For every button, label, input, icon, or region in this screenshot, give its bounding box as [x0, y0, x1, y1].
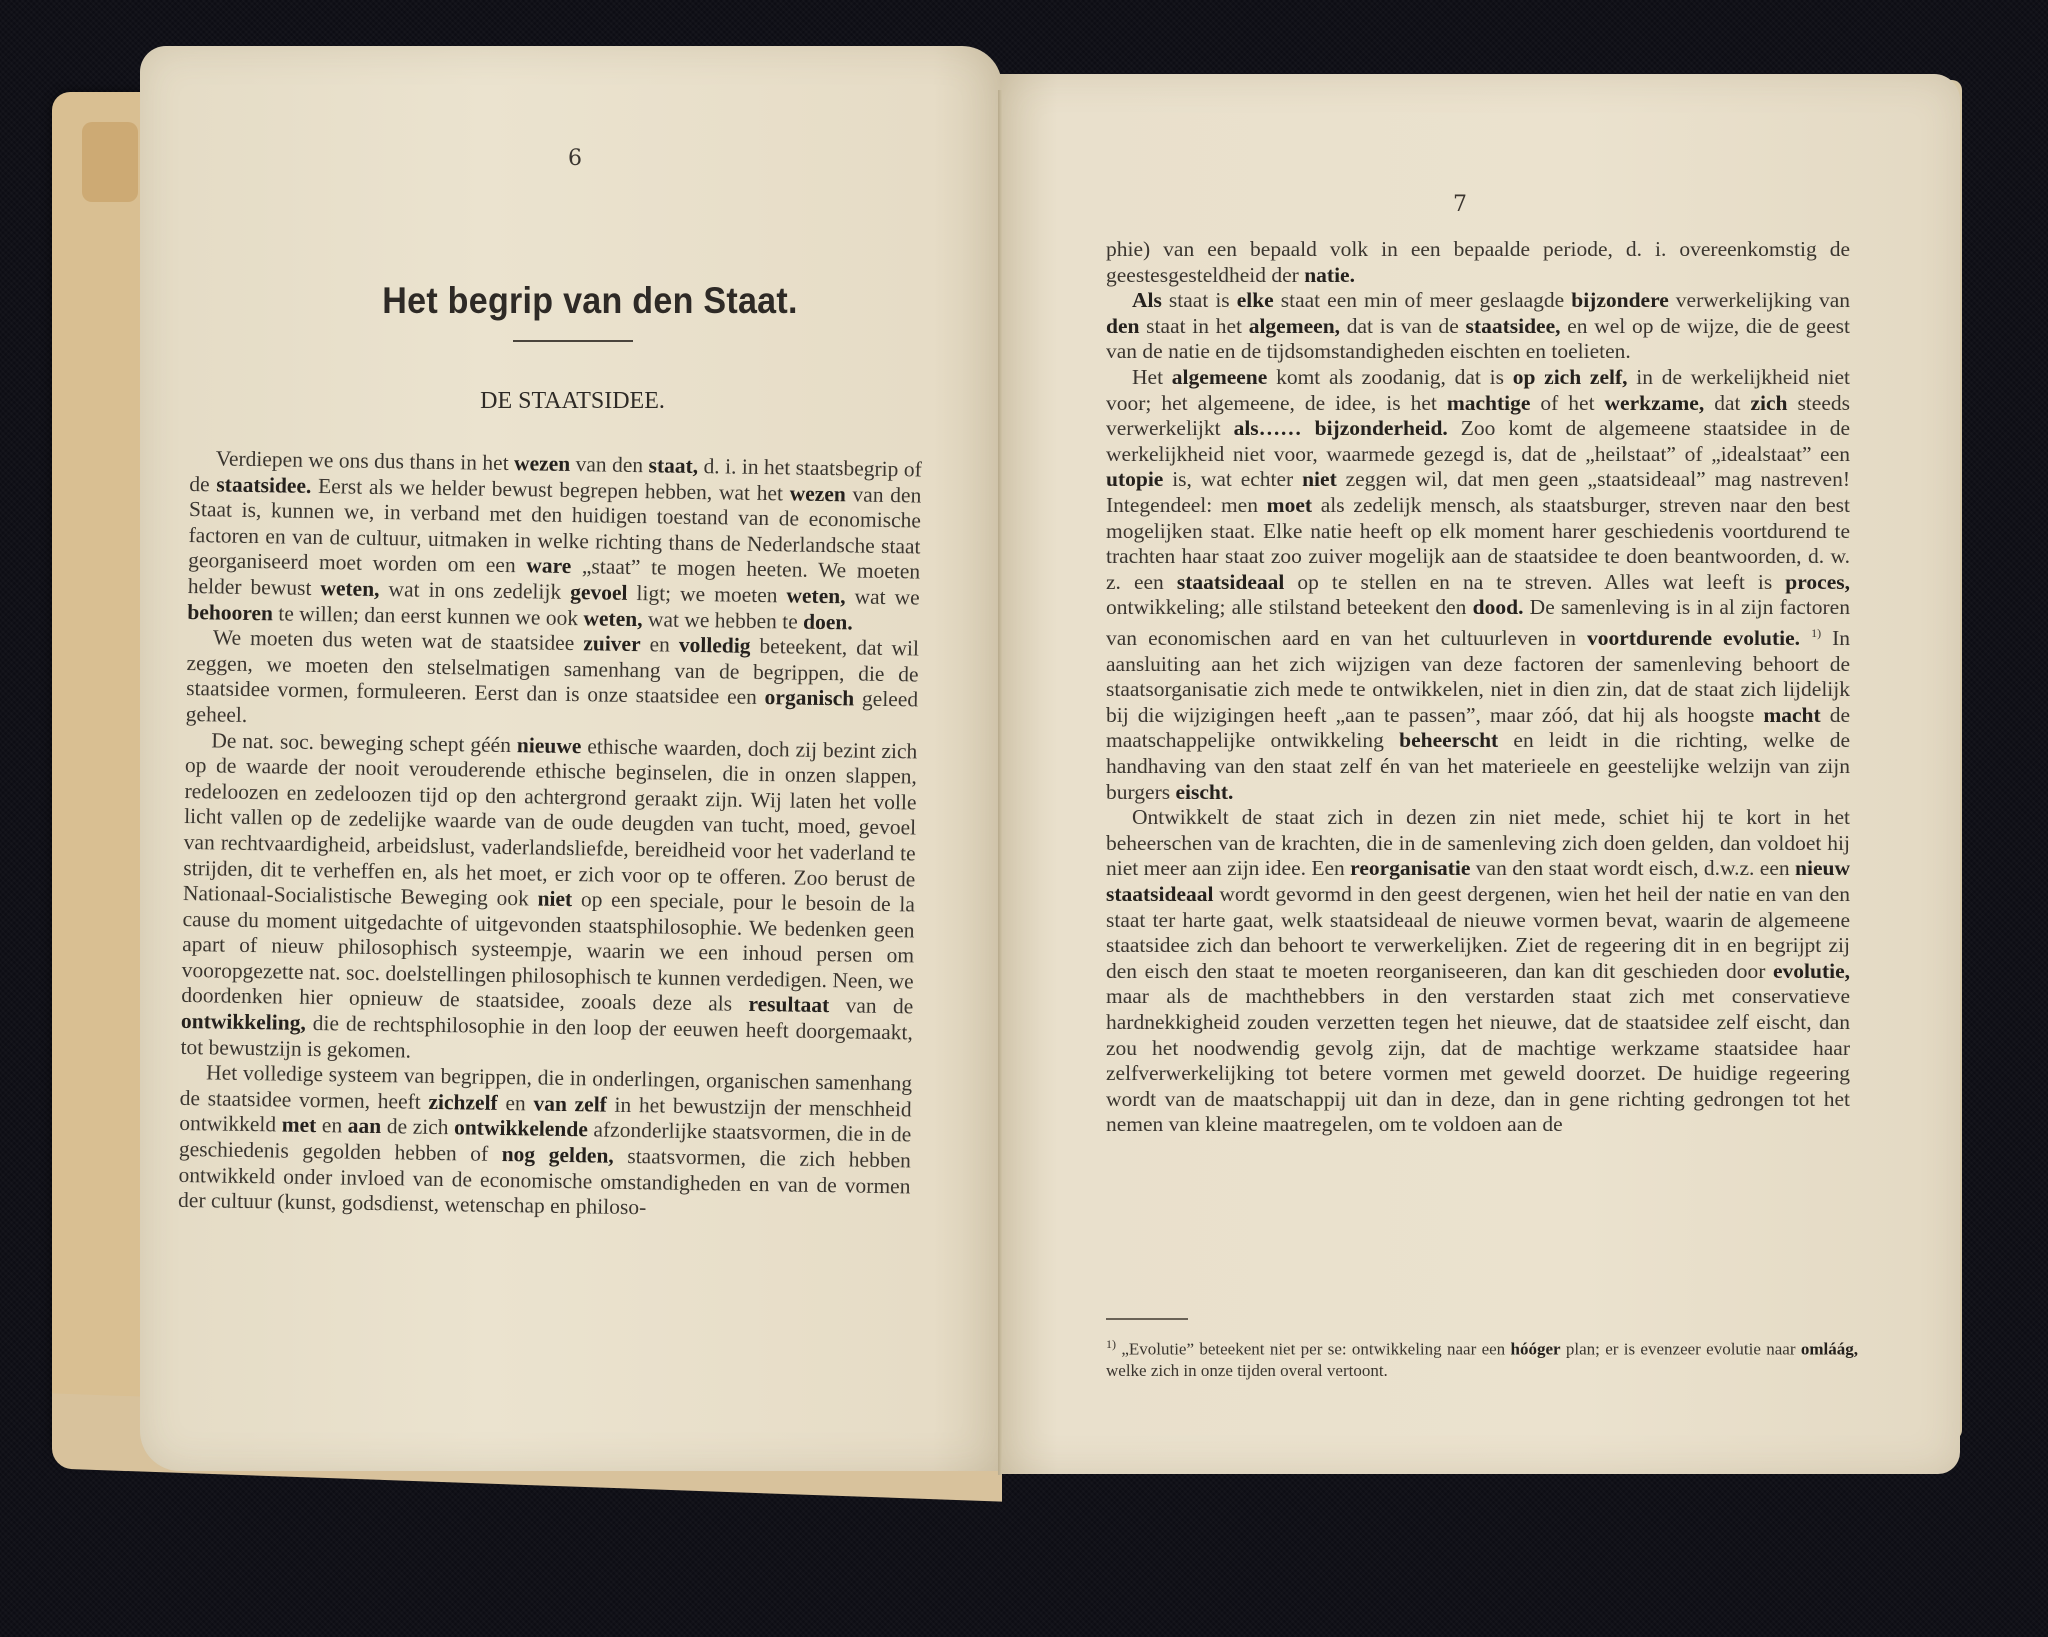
- emphasis-text: op zich zelf,: [1513, 365, 1628, 389]
- text-run: Het: [1132, 365, 1172, 389]
- emphasis-text: hóóger: [1511, 1340, 1561, 1359]
- left-page-body: Verdiepen we ons dus thans in het wezen …: [178, 446, 922, 1225]
- text-run: ligt; we moeten: [627, 581, 786, 607]
- text-run: van de: [829, 994, 913, 1019]
- text-run: dat: [1704, 391, 1750, 415]
- text-run: phie) van een bepaald volk in een bepaal…: [1106, 237, 1850, 287]
- text-run: [1800, 626, 1811, 650]
- emphasis-text: weten,: [583, 606, 642, 631]
- emphasis-text: behooren: [187, 600, 273, 625]
- book-gutter: [998, 90, 1002, 1475]
- emphasis-text: Als: [1132, 288, 1162, 312]
- emphasis-text: natie.: [1304, 263, 1355, 287]
- emphasis-text: nieuwe: [517, 733, 582, 758]
- right-page-body: phie) van een bepaald volk in een bepaal…: [1106, 237, 1850, 1138]
- paragraph: We moeten dus weten wat de staatsidee zu…: [186, 625, 920, 739]
- emphasis-text: staatsideaal: [1177, 570, 1285, 594]
- emphasis-text: doen.: [803, 609, 853, 634]
- cover-stain: [82, 122, 138, 202]
- text-run: de zich: [381, 1115, 454, 1140]
- text-run: op te stellen en na te streven. Alles wa…: [1284, 570, 1785, 594]
- text-run: ethische waarden, doch zij bezint zich o…: [183, 734, 918, 911]
- emphasis-text: met: [281, 1113, 316, 1138]
- text-run: en: [498, 1091, 534, 1116]
- footnote-marker: 1): [1106, 1337, 1116, 1351]
- emphasis-text: macht: [1763, 703, 1820, 727]
- emphasis-text: staatsidee.: [216, 472, 311, 497]
- footnote-marker: 1): [1811, 626, 1821, 640]
- text-run: wordt gevormd in den geest dergenen, wie…: [1106, 882, 1850, 983]
- emphasis-text: volledig: [679, 633, 751, 658]
- paragraph: De nat. soc. beweging schept géén nieuwe…: [180, 727, 917, 1071]
- emphasis-text: voortdurende evolutie.: [1587, 626, 1800, 650]
- emphasis-text: aan: [348, 1114, 382, 1139]
- text-run: wat we: [845, 584, 919, 609]
- text-run: wat we hebben te: [642, 607, 803, 634]
- footnote: 1) „Evolutie” beteekent niet per se: ont…: [1106, 1334, 1858, 1381]
- emphasis-text: zuiver: [583, 631, 641, 656]
- text-run: is, wat echter: [1163, 467, 1302, 491]
- text-run: [1302, 416, 1315, 440]
- emphasis-text: machtige: [1447, 391, 1531, 415]
- emphasis-text: staat,: [648, 453, 698, 478]
- text-run: komt als zoodanig, dat is: [1267, 365, 1512, 389]
- text-run: plan; er is evenzeer evolutie naar: [1561, 1340, 1801, 1359]
- emphasis-text: van zelf: [533, 1091, 607, 1116]
- emphasis-text: proces,: [1785, 570, 1850, 594]
- emphasis-text: beheerscht: [1399, 728, 1498, 752]
- text-run: wat in ons zedelijk: [379, 577, 570, 604]
- paragraph: Verdiepen we ons dus thans in het wezen …: [187, 446, 922, 637]
- text-run: De nat. soc. beweging schept géén: [211, 728, 517, 757]
- text-run: en: [640, 632, 679, 657]
- emphasis-text: staatsidee,: [1466, 314, 1561, 338]
- emphasis-text: wezen: [514, 451, 570, 476]
- emphasis-text: bijzondere: [1571, 288, 1669, 312]
- emphasis-text: utopie: [1106, 467, 1163, 491]
- text-run: welke zich in onze tijden overal vertoon…: [1106, 1361, 1388, 1380]
- emphasis-text: zich: [1750, 391, 1787, 415]
- section-title: DE STAATSIDEE.: [400, 388, 745, 415]
- emphasis-text: als……: [1234, 416, 1302, 440]
- emphasis-text: gevoel: [570, 580, 628, 605]
- emphasis-text: ontwikkelende: [454, 1116, 588, 1142]
- chapter-title: Het begrip van den Staat.: [351, 280, 829, 322]
- text-run: van den staat wordt eisch, d.w.z. een: [1470, 856, 1795, 880]
- emphasis-text: moet: [1267, 493, 1312, 517]
- text-run: van den: [570, 452, 649, 477]
- footnote-rule: [1106, 1318, 1188, 1320]
- emphasis-text: wezen: [790, 481, 846, 506]
- paragraph: Het algemeene komt als zoodanig, dat is …: [1106, 365, 1850, 805]
- emphasis-text: weten,: [786, 583, 845, 608]
- text-run: We moeten dus weten wat de staatsidee: [213, 626, 584, 656]
- text-run: staat een min of meer geslaagde: [1274, 288, 1572, 312]
- paragraph: Als staat is elke staat een min of meer …: [1106, 288, 1850, 365]
- text-run: verwerkelijking van: [1669, 288, 1850, 312]
- emphasis-text: reorganisatie: [1350, 856, 1470, 880]
- emphasis-text: resultaat: [748, 992, 829, 1017]
- text-run: ontwikkeling; alle stilstand beteekent d…: [1106, 595, 1473, 619]
- emphasis-text: zichzelf: [428, 1090, 498, 1115]
- emphasis-text: den: [1106, 314, 1139, 338]
- text-run: te willen; dan eerst kunnen we ook: [273, 601, 584, 630]
- text-run: of het: [1530, 391, 1604, 415]
- text-run: maar als de machthebbers in den verstard…: [1106, 984, 1850, 1136]
- emphasis-text: algemeene: [1172, 365, 1268, 389]
- emphasis-text: niet: [537, 887, 572, 912]
- emphasis-text: weten,: [320, 576, 379, 601]
- text-run: staat is: [1162, 288, 1237, 312]
- paragraph: Ontwikkelt de staat zich in dezen zin ni…: [1106, 805, 1850, 1138]
- emphasis-text: nog gelden,: [502, 1142, 614, 1168]
- paragraph: Het volledige systeem van begrippen, die…: [178, 1060, 912, 1225]
- text-run: en: [316, 1114, 348, 1138]
- emphasis-text: dood.: [1473, 595, 1524, 619]
- emphasis-text: algemeen,: [1249, 314, 1340, 338]
- paragraph: phie) van een bepaald volk in een bepaal…: [1106, 237, 1850, 288]
- text-run: Verdiepen we ons dus thans in het: [216, 446, 515, 475]
- emphasis-text: omláág,: [1801, 1340, 1858, 1359]
- emphasis-text: ontwikkeling,: [181, 1009, 306, 1035]
- page-number-left: 6: [555, 146, 595, 171]
- emphasis-text: niet: [1302, 467, 1337, 491]
- emphasis-text: werkzame,: [1605, 391, 1705, 415]
- emphasis-text: evolutie,: [1773, 959, 1850, 983]
- emphasis-text: eischt.: [1175, 780, 1233, 804]
- emphasis-text: bijzonderheid.: [1315, 416, 1448, 440]
- emphasis-text: elke: [1237, 288, 1274, 312]
- text-run: staat in het: [1139, 314, 1248, 338]
- emphasis-text: organisch: [764, 685, 854, 710]
- text-run: „Evolutie” beteekent niet per se: ontwik…: [1116, 1340, 1511, 1359]
- page-number-right: 7: [1440, 192, 1480, 217]
- text-run: dat is van de: [1340, 314, 1466, 338]
- title-rule: [513, 340, 633, 342]
- emphasis-text: ware: [526, 554, 571, 579]
